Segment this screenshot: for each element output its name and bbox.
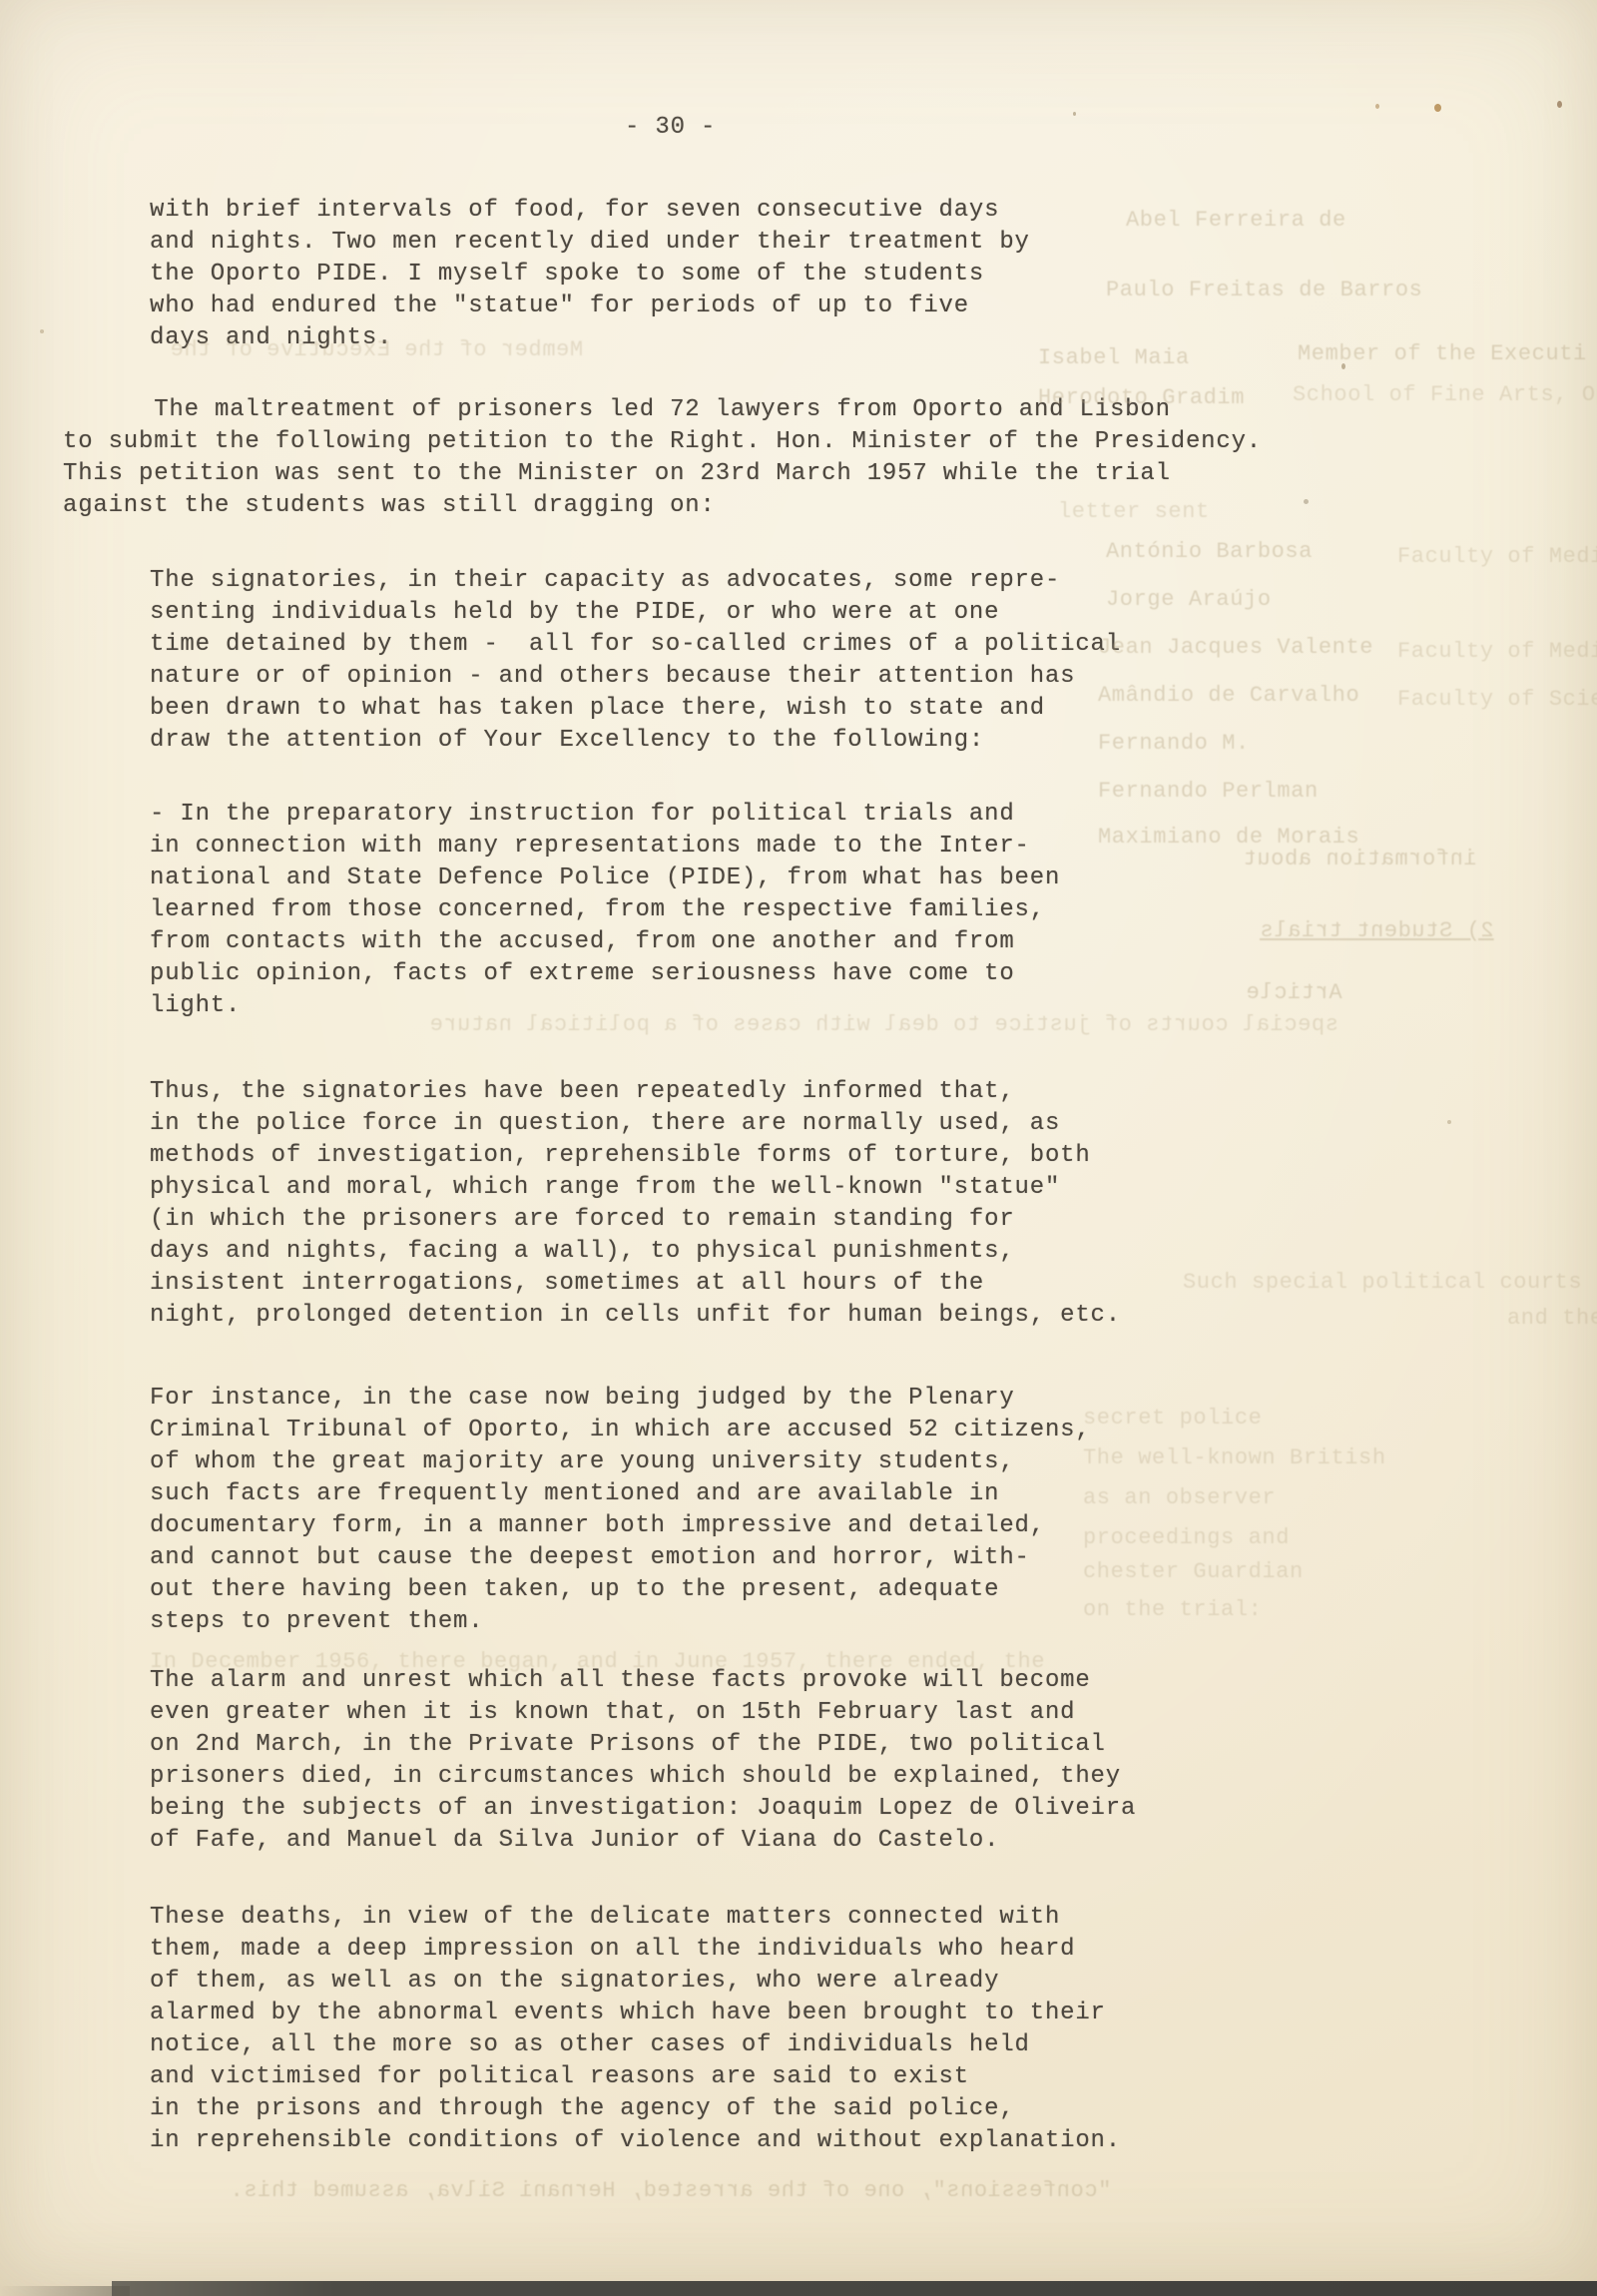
paper-speck <box>1375 104 1379 109</box>
paper-speck <box>1434 104 1441 112</box>
paragraph: The signatories, in their capacity as ad… <box>150 565 1121 757</box>
paper-speck <box>1447 1120 1451 1124</box>
bleed-through-text: Herodoto Gradim <box>1038 385 1245 410</box>
paragraph: For instance, in the case now being judg… <box>150 1383 1091 1638</box>
paragraph: The alarm and unrest which all these fac… <box>150 1665 1136 1857</box>
bleed-through-text: António Barbosa <box>1106 539 1313 564</box>
bleed-through-text: Amândio de Carvalho <box>1098 683 1359 708</box>
bleed-through-text: Fernando M. <box>1098 731 1250 756</box>
bleed-through-text: The well-known British <box>1083 1445 1386 1470</box>
bleed-through-text: chester Guardian <box>1083 1559 1304 1584</box>
paragraph: Thus, the signatories have been repeated… <box>150 1076 1121 1332</box>
bleed-through-text: In December 1956, there began, and in Ju… <box>150 1649 1045 1674</box>
bleed-through-text: information about <box>1243 847 1477 871</box>
bleed-through-text: special courts of justice to deal with c… <box>429 1012 1338 1037</box>
bleed-through-text: Member of the Executive of the <box>170 337 583 362</box>
paragraph: These deaths, in view of the delicate ma… <box>150 1902 1121 2157</box>
bleed-through-text: letter sent <box>1058 499 1210 524</box>
bleed-through-text: Jorge Araújo <box>1106 587 1272 612</box>
page-number: - 30 - <box>625 114 716 141</box>
paper-speck <box>1073 112 1076 116</box>
typewritten-document-page: - 30 - with brief intervals of food, for… <box>0 0 1597 2296</box>
bleed-through-text: Faculty of Medicine, Lisbon <box>1397 639 1597 664</box>
bleed-through-text: 2) Student trials <box>1260 918 1494 943</box>
bleed-through-text: Faculty of Medicine, Coimbra <box>1397 544 1597 569</box>
bleed-through-text: Paulo Freitas de Barros <box>1106 278 1422 302</box>
bleed-through-text: "confessions", one of the arrested, Hern… <box>230 2178 1111 2203</box>
bleed-through-text: on the trial: <box>1083 1597 1262 1622</box>
bleed-through-text: Jean Jacques Valente <box>1098 635 1373 660</box>
scan-edge-fade <box>0 2286 130 2296</box>
paragraph: - In the preparatory instruction for pol… <box>150 799 1060 1022</box>
bleed-through-text: Member of the Executi <box>1298 341 1587 366</box>
bleed-through-text: Article <box>1246 980 1342 1005</box>
bleed-through-text: Isabel Maia <box>1038 345 1190 370</box>
paper-speck <box>40 329 44 333</box>
bleed-through-text: and they <box>1507 1306 1597 1331</box>
bleed-through-text: as an observer <box>1083 1485 1276 1510</box>
bleed-through-text: Abel Ferreira de <box>1126 208 1346 233</box>
bleed-through-text: Fernando Perlman <box>1098 779 1319 804</box>
bleed-through-text: Faculty of Sciences, Lisbon <box>1397 687 1597 712</box>
bleed-through-text: School of Fine Arts, Oporto <box>1293 382 1597 407</box>
scan-edge <box>112 2281 1597 2296</box>
paragraph: with brief intervals of food, for seven … <box>150 195 1030 354</box>
bleed-through-text: secret police <box>1083 1406 1262 1431</box>
bleed-through-text: Such special political courts have been <box>1183 1270 1597 1295</box>
paper-speck <box>1341 363 1345 369</box>
paper-speck <box>1304 499 1309 504</box>
bleed-through-text: proceedings and <box>1083 1525 1290 1550</box>
paper-speck <box>1557 101 1562 108</box>
